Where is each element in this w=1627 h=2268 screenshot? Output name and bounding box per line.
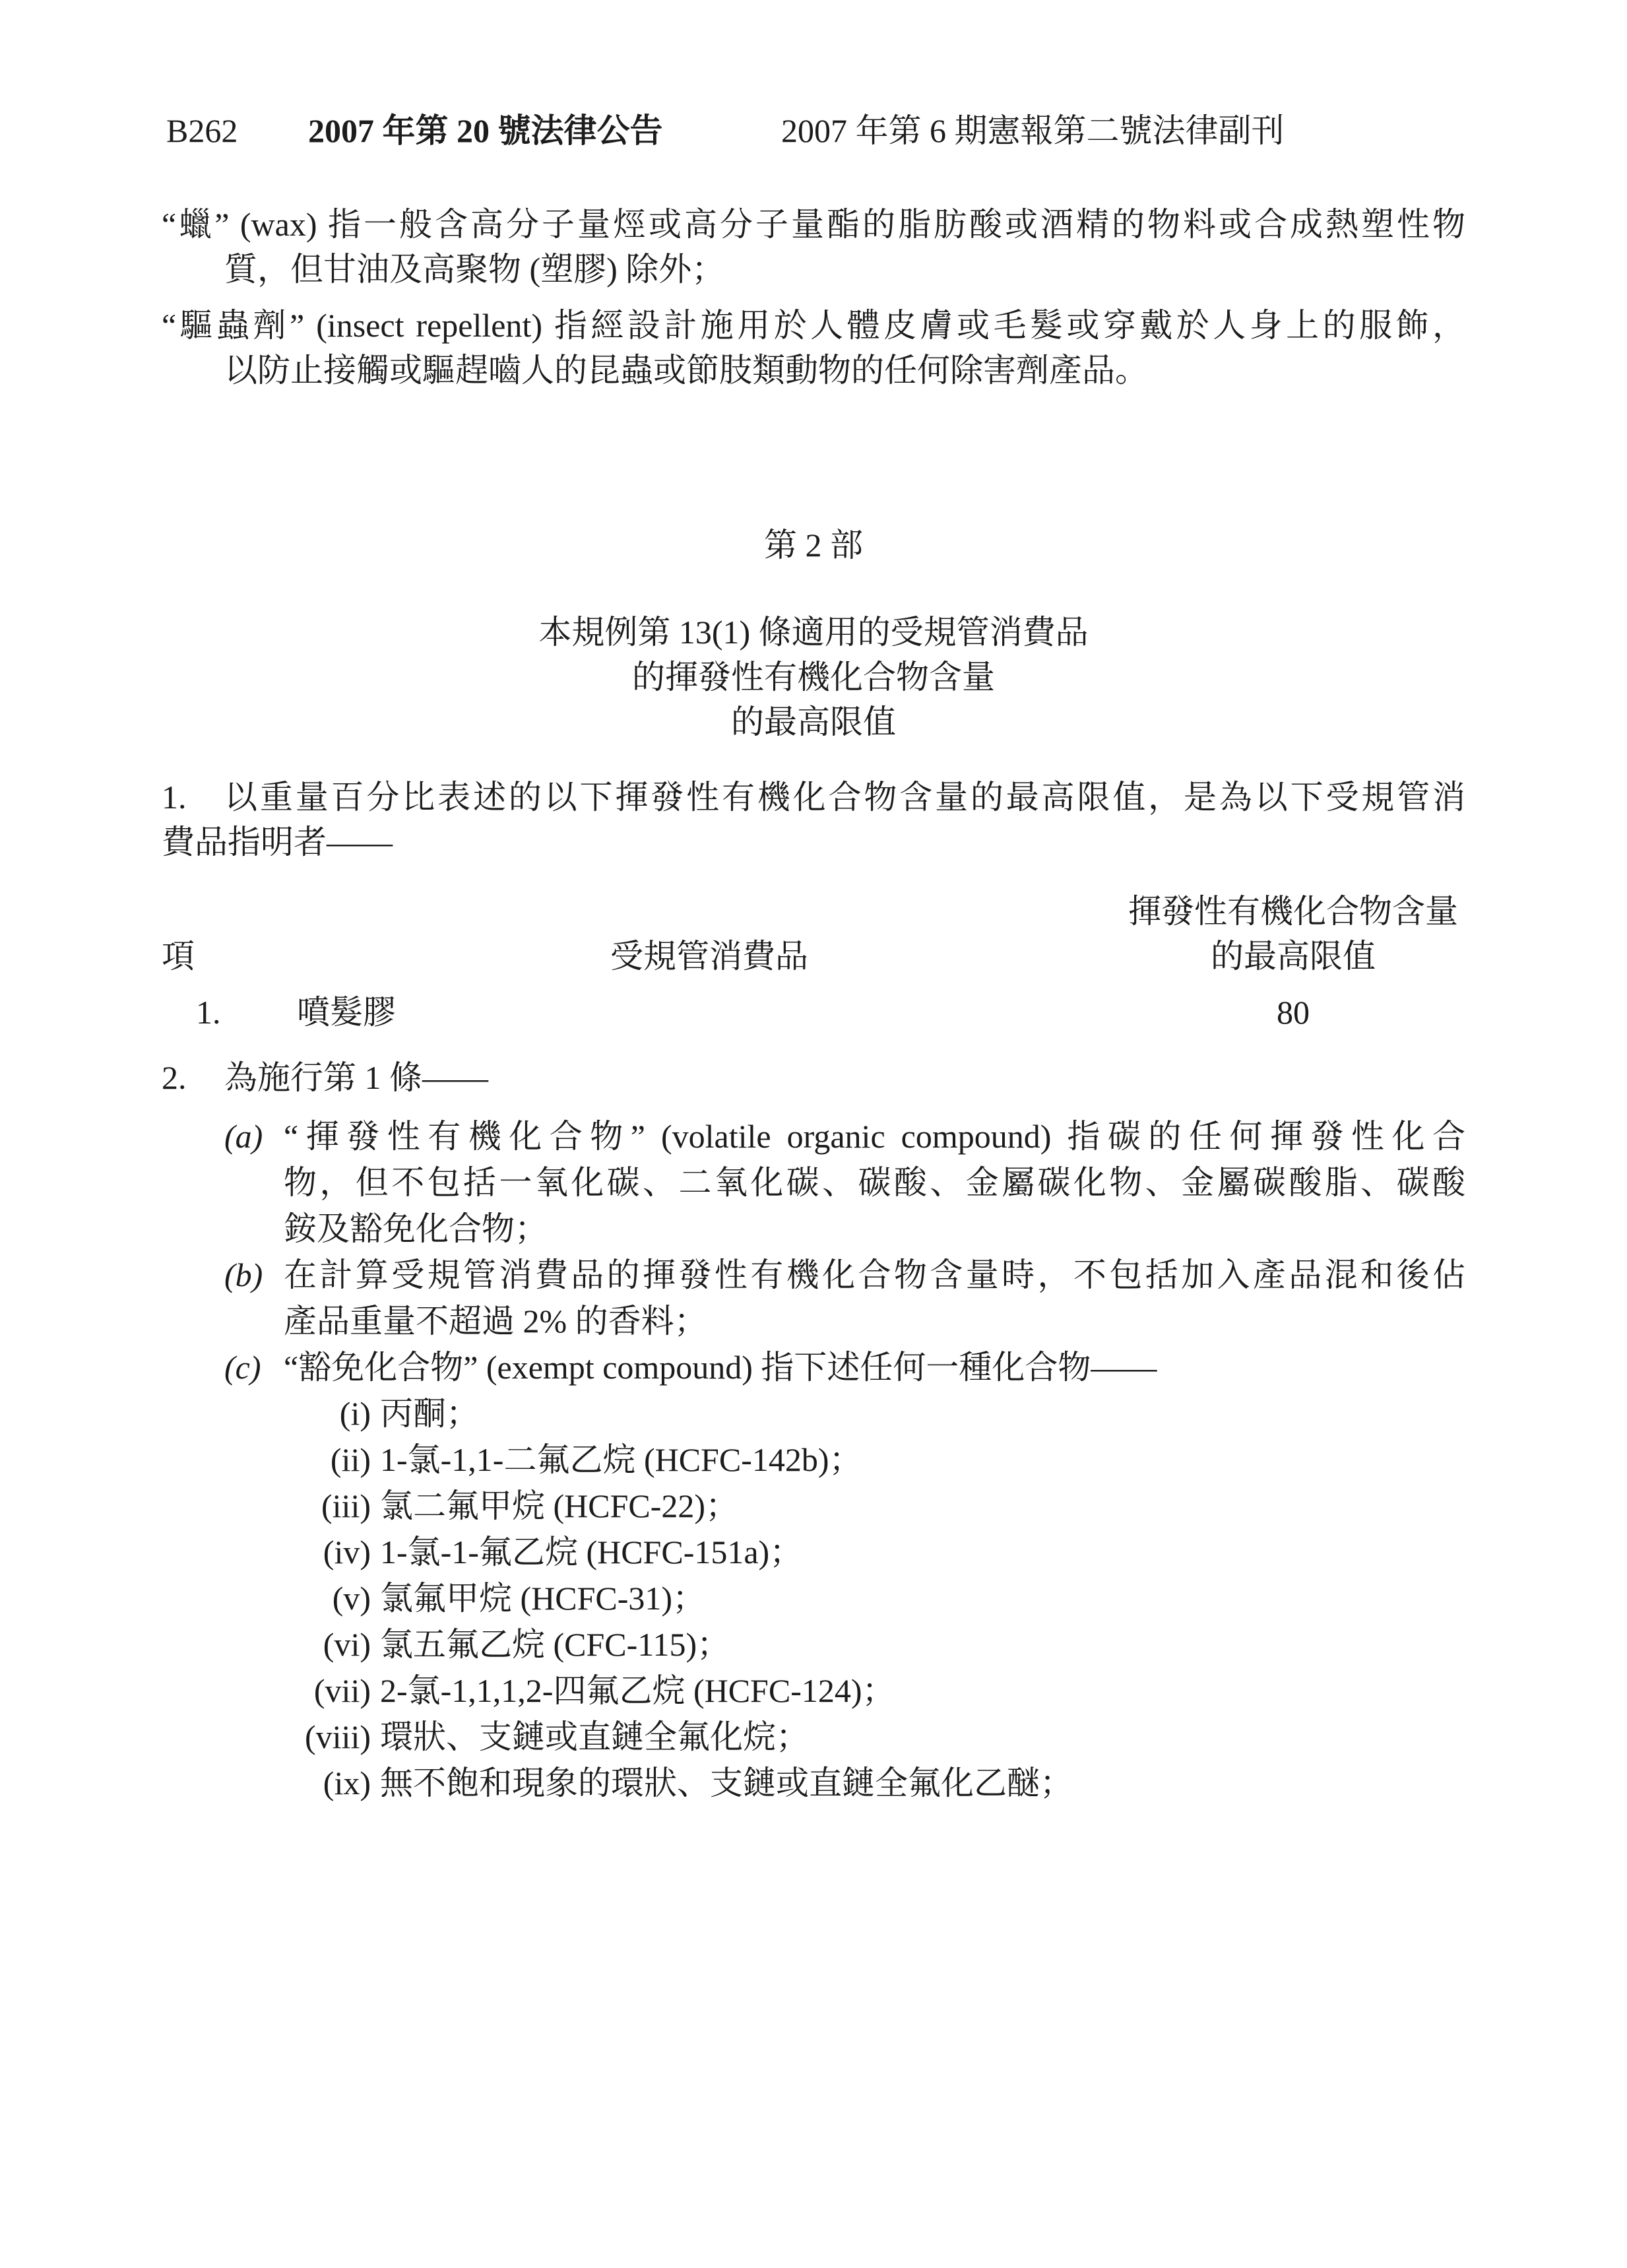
compound-1-text: 丙酮； <box>380 1390 479 1437</box>
section-2-intro: 2. 為施行第 1 條—— <box>162 1054 1465 1101</box>
item-a-label: (a) <box>224 1113 284 1159</box>
compound-5-label: (v) <box>162 1575 371 1621</box>
part-title: 本規例第 13(1) 條適用的受規管消費品 的揮發性有機化合物含量 的最高限值 <box>0 610 1627 744</box>
definition-wax-line1: “蠟” (wax) 指一般含高分子量烴或高分子量酯的脂肪酸或酒精的物料或合成熱塑… <box>162 202 1465 247</box>
table-header-item: 項 <box>162 934 195 979</box>
compound-5-text: 氯氟甲烷 (HCFC-31)； <box>380 1575 705 1621</box>
list-item: (vii) 2-氯-1,1,1,2-四氟乙烷 (HCFC-124)； <box>162 1668 1465 1714</box>
part-title-line2: 的揮發性有機化合物含量 <box>0 655 1627 699</box>
notice-title: 2007 年第 20 號法律公告 <box>308 108 663 154</box>
section-1-line1: 以重量百分比表述的以下揮發性有機化合物含量的最高限值，是為以下受規管消 <box>224 775 1465 820</box>
exempt-compounds-list: (i) 丙酮； (ii) 1-氯-1,1-二氟乙烷 (HCFC-142b)； (… <box>162 1390 1465 1806</box>
list-item: (ii) 1-氯-1,1-二氟乙烷 (HCFC-142b)； <box>162 1437 1465 1483</box>
section-1: 1. 以重量百分比表述的以下揮發性有機化合物含量的最高限值，是為以下受規管消 費… <box>162 775 1465 864</box>
table-row-item: 1. <box>196 990 221 1035</box>
compound-7-text: 2-氯-1,1,1,2-四氟乙烷 (HCFC-124)； <box>380 1668 895 1714</box>
compound-4-text: 1-氯-1-氟乙烷 (HCFC-151a)； <box>380 1529 802 1575</box>
item-b-line1: 在計算受規管消費品的揮發性有機化合物含量時，不包括加入產品混和後佔 <box>284 1252 1465 1298</box>
section-1-line2: 費品指明者—— <box>162 820 1465 864</box>
compound-8-label: (viii) <box>162 1714 371 1760</box>
section-2-intro-text: 為施行第 1 條—— <box>224 1054 1465 1101</box>
compound-9-text: 無不飽和現象的環狀、支鏈或直鏈全氟化乙醚； <box>380 1760 1073 1806</box>
list-item: (iii) 氯二氟甲烷 (HCFC-22)； <box>162 1483 1465 1529</box>
part-title-line3: 的最高限值 <box>0 699 1627 744</box>
table-header-limit-line2: 的最高限值 <box>1108 934 1478 979</box>
table-header-limit: 揮發性有機化合物含量 的最高限值 <box>1108 889 1478 979</box>
list-item: (v) 氯氟甲烷 (HCFC-31)； <box>162 1575 1465 1621</box>
item-b-label: (b) <box>224 1252 284 1298</box>
compound-9-label: (ix) <box>162 1760 371 1806</box>
definition-repellent-line2: 以防止接觸或驅趕嚙人的昆蟲或節肢類動物的任何除害劑產品。 <box>162 348 1465 393</box>
compound-2-label: (ii) <box>162 1437 371 1483</box>
compound-3-text: 氯二氟甲烷 (HCFC-22)； <box>380 1483 738 1529</box>
section-2-items: (a) “揮發性有機化合物” (volatile organic compoun… <box>224 1113 1465 1390</box>
compound-4-label: (iv) <box>162 1529 371 1575</box>
item-c-label: (c) <box>224 1344 284 1390</box>
table-row-limit: 80 <box>1108 990 1478 1035</box>
compound-1-label: (i) <box>162 1390 371 1437</box>
list-item: (i) 丙酮； <box>162 1390 1465 1437</box>
list-item: (ix) 無不飽和現象的環狀、支鏈或直鏈全氟化乙醚； <box>162 1760 1465 1806</box>
item-a-line2: 物，但不包括一氧化碳、二氧化碳、碳酸、金屬碳化物、金屬碳酸脂、碳酸 <box>224 1159 1465 1206</box>
compound-2-text: 1-氯-1,1-二氟乙烷 (HCFC-142b)； <box>380 1437 862 1483</box>
compound-8-text: 環狀、支鏈或直鏈全氟化烷； <box>380 1714 809 1760</box>
gazette-title: 2007 年第 6 期憲報第二號法律副刊 <box>781 108 1285 154</box>
compound-3-label: (iii) <box>162 1483 371 1529</box>
part-heading: 第 2 部 <box>0 523 1627 567</box>
compound-6-text: 氯五氟乙烷 (CFC-115)； <box>380 1621 730 1668</box>
list-item: (vi) 氯五氟乙烷 (CFC-115)； <box>162 1621 1465 1668</box>
table-header-product: 受規管消費品 <box>528 934 891 979</box>
list-item: (iv) 1-氯-1-氟乙烷 (HCFC-151a)； <box>162 1529 1465 1575</box>
table-header-limit-line1: 揮發性有機化合物含量 <box>1108 889 1478 934</box>
compound-6-label: (vi) <box>162 1621 371 1668</box>
compound-7-label: (vii) <box>162 1668 371 1714</box>
section-1-number: 1. <box>162 775 224 820</box>
section-2-number: 2. <box>162 1054 224 1101</box>
item-a-line1: “揮發性有機化合物” (volatile organic compound) 指… <box>284 1113 1465 1159</box>
item-b-line2: 產品重量不超過 2% 的香料； <box>224 1298 1465 1344</box>
item-c-line: “豁免化合物” (exempt compound) 指下述任何一種化合物—— <box>284 1344 1465 1390</box>
page-number: B262 <box>166 108 238 154</box>
part-title-line1: 本規例第 13(1) 條適用的受規管消費品 <box>0 610 1627 655</box>
gazette-page: B262 2007 年第 20 號法律公告 2007 年第 6 期憲報第二號法律… <box>0 0 1627 2268</box>
item-a-line3: 銨及豁免化合物； <box>224 1206 1465 1252</box>
list-item: (viii) 環狀、支鏈或直鏈全氟化烷； <box>162 1714 1465 1760</box>
definition-wax-line2: 質，但甘油及高聚物 (塑膠) 除外； <box>162 247 1465 292</box>
definition-repellent-line1: “驅蟲劑” (insect repellent) 指經設計施用於人體皮膚或毛髮或… <box>162 303 1465 348</box>
table-row-product: 噴髮膠 <box>297 990 396 1035</box>
definitions-block: “蠟” (wax) 指一般含高分子量烴或高分子量酯的脂肪酸或酒精的物料或合成熱塑… <box>162 202 1465 393</box>
